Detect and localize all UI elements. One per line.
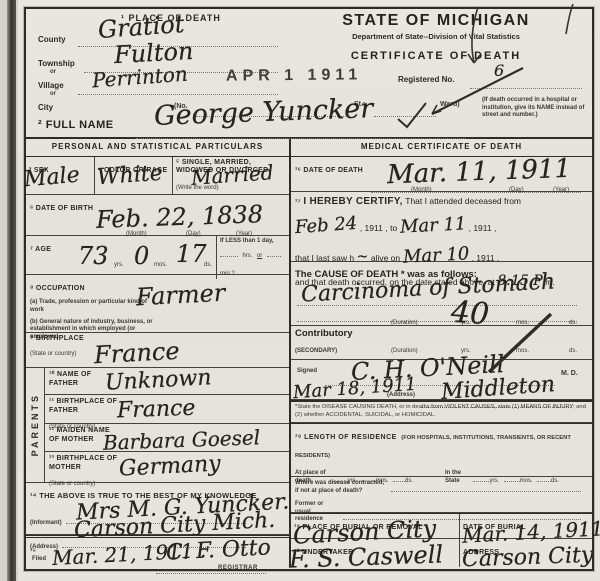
full-name-label: ² FULL NAME [38,119,114,131]
saw-pre-text: that I last saw h [295,253,354,263]
contributory-note: (SECONDARY) [295,348,337,354]
contracted-former-row: Where was disease contracted, if not at … [291,477,592,513]
attestation-row: ¹⁴ THE ABOVE IS TRUE TO THE BEST OF MY K… [26,483,289,535]
occupation-label: ⁸ OCCUPATION [30,285,85,292]
burial-place-cell: ¹⁹ PLACE OF BURIAL OR REMOVAL Carson Cit… [291,514,459,538]
parents-rows: ¹⁰ NAME OF FATHER Unknown ¹¹ BIRTHPLACE … [45,368,289,482]
village-label: Village [38,81,64,90]
age-less-note: If LESS than 1 day, [220,238,281,244]
mother-maiden-value: Barbara Goesel [103,425,261,454]
sex-race-marital-row: ³ SEX Male ⁴ COLOR OR RACE White ⁵ SINGL… [26,157,289,195]
age-yrs-unit: yrs. [114,262,124,268]
st-blank [374,107,436,117]
contributory-label: Contributory [295,328,588,339]
certificate-title: CERTIFICATE OF DEATH [286,50,586,62]
md-label: M. D. [561,370,578,377]
occupation-value: Farmer [135,279,226,312]
medical-certificate-column: MEDICAL CERTIFICATE OF DEATH ¹⁶ DATE OF … [291,139,592,567]
received-date-stamp: APR 1 1911 [226,66,362,85]
scan-edge-strip [7,0,16,581]
contracted-label: Where was disease contracted, if not at … [295,480,387,496]
parents-label-text: PARENTS [30,393,40,456]
sex-value: Male [23,162,81,192]
age-months-value: 0 [134,242,149,270]
undertaker-cell: ²⁰ UNDERTAKER F. S. Caswell [291,539,459,567]
hospital-note: (If death occurred in a hospital or inst… [482,97,586,120]
dod-label: ¹⁶ DATE OF DEATH [295,167,363,174]
burial-row: ¹⁹ PLACE OF BURIAL OR REMOVAL Carson Cit… [291,513,592,539]
marital-cell: ⁵ SINGLE, MARRIED, WIDOWED OR DIVORCED (… [172,157,289,194]
sex-cell: ³ SEX Male [26,157,94,194]
father-name-row: ¹⁰ NAME OF FATHER Unknown [45,368,289,395]
burial-date-cell: DATE OF BURIAL Mar. 14, 1911 [459,514,592,538]
birthplace-row: ⁹ BIRTHPLACE (State or country) France [26,333,289,368]
scanned-death-certificate: ¹ PLACE OF DEATH County Gratiot Township… [0,0,600,581]
filed-num: ¹⁵ [30,548,36,555]
registered-no-value: 6 [494,61,504,80]
undertaker-value: F. S. Caswell [289,541,444,574]
certify-year2: , 1911 , [469,223,497,233]
father-name-label: ¹⁰ NAME OF FATHER [49,370,109,388]
informant-label: (Informant) [30,520,62,526]
dod-value: Mar. 11, 1911 [387,154,572,190]
undertaker-address-cell: ADDRESS Carson City [459,539,592,567]
age-hrs-label: hrs. [242,253,252,259]
parents-section: PARENTS ¹⁰ NAME OF FATHER Unknown ¹¹ BIR… [26,368,289,483]
residence-label: ¹⁸ LENGTH OF RESIDENCE [295,434,397,441]
race-cell: ⁴ COLOR OR RACE White [94,157,172,194]
cause-of-death-row: The CAUSE OF DEATH * was as follows: Car… [291,262,592,325]
certificate-form: ¹ PLACE OF DEATH County Gratiot Township… [24,7,594,571]
registrar-signature: C. F. Otto [165,535,271,565]
township-label: Township [38,59,75,68]
certify-row: ¹⁷ I HEREBY CERTIFY, That I attended dec… [291,192,592,262]
signature-date: Mar 18, 1911 [292,373,417,403]
age-row: ⁷ AGE 73 yrs. 0 mos. 17 ds. If LESS than… [26,236,289,275]
signature-row: Signed C. H. O'Neill M. D. Mar 18, 1911 … [291,360,592,401]
alive-on-text: alive on [371,253,400,263]
mother-maiden-row: ¹² MAIDEN NAME OF MOTHER Barbara Goesel [45,424,289,452]
attended-to-value: Mar 11 [399,209,467,242]
registrar-label: REGISTRAR [218,565,258,571]
registered-no-label: Registered No. [398,75,454,84]
mother-birthplace-value: Germany [118,451,221,481]
signature-address-label: (Address) [387,392,415,398]
form-header: ¹ PLACE OF DEATH County Gratiot Township… [26,9,592,139]
age-label: ⁷ AGE [30,246,51,253]
state-title: STATE OF MICHIGAN [286,12,586,30]
undertaker-address-value: Carson City [462,543,594,573]
filed-row: ¹⁵ Filed Mar. 21, 1911 . C. F. Otto REGI… [26,535,289,567]
footnote-text: *State the DISEASE CAUSING DEATH, or in … [295,404,588,420]
certify-year3: , 1911 , [472,253,500,263]
left-section-title: PERSONAL AND STATISTICAL PARTICULARS [26,139,289,157]
race-value: White [96,160,163,190]
township-or: or [50,69,56,75]
signed-label: Signed [297,368,317,374]
birthplace-note: (State or country) [30,351,76,357]
father-birthplace-label: ¹¹ BIRTHPLACE OF FATHER [49,397,119,415]
length-of-residence-row: ¹⁸ LENGTH OF RESIDENCE (FOR HOSPITALS, I… [291,423,592,477]
father-name-value: Unknown [104,365,212,396]
cause-blank-2 [297,312,577,322]
certify-rest-text: That I attended deceased from [405,196,521,206]
age-ds-unit: ds. [204,262,212,268]
age-days-value: 17 [176,240,207,268]
mother-birthplace-label: ¹³ BIRTHPLACE OF MOTHER [49,454,119,472]
personal-statistical-column: PERSONAL AND STATISTICAL PARTICULARS ³ S… [26,139,291,567]
certify-bold-text: I HEREBY CERTIFY, [303,196,402,207]
contrib-mos-unit: mos. [516,348,529,354]
contrib-duration-label: (Duration) [391,348,418,354]
certify-to-word: to [390,223,397,233]
mother-birthplace-row: ¹³ BIRTHPLACE OF MOTHER (State or countr… [45,452,289,482]
father-birthplace-value: France [117,396,196,424]
occupation-a-label: (a) Trade, profession or particular kind… [30,299,150,315]
parents-vertical-label: PARENTS [26,368,45,482]
ward-label: Ward) [440,101,460,108]
dept-line: Department of State--Division of Vital S… [286,32,586,41]
occupation-row: ⁸ OCCUPATION (a) Trade, profession or pa… [26,275,289,333]
age-less-than-box: If LESS than 1 day, hrs. or min.? [216,236,284,279]
county-label: County [38,35,66,44]
dob-label: ⁶ DATE OF BIRTH [30,205,93,212]
attended-from-value: Feb 24 [294,209,358,243]
contrib-ds-unit: ds. [569,348,577,354]
age-or-label: or [257,253,262,259]
dob-value: Feb. 22, 1838 [96,200,264,234]
village-or: or [50,91,56,97]
age-mos-unit: mos. [154,262,167,268]
birthplace-value: France [93,337,180,369]
footnote-row: *State the DISEASE CAUSING DEATH, or in … [291,400,592,423]
undertaker-row: ²⁰ UNDERTAKER F. S. Caswell ADDRESS Cars… [291,539,592,567]
filed-label: Filed [32,556,46,562]
registered-no-blank [470,79,582,89]
date-of-birth-row: ⁶ DATE OF BIRTH Feb. 22, 1838 (Month) (D… [26,195,289,236]
age-years-value: 73 [78,242,109,270]
certify-year1: , 1911 , [360,223,388,233]
city-label: City [38,103,53,112]
full-name-value: George Yuncker [154,93,374,132]
father-birthplace-row: ¹¹ BIRTHPLACE OF FATHER (State or countr… [45,395,289,424]
certify-num: ¹⁷ [295,199,301,206]
date-of-death-row: ¹⁶ DATE OF DEATH Mar. 11, 1911 (Month) (… [291,157,592,192]
marital-value: Married [190,160,274,190]
form-columns: PERSONAL AND STATISTICAL PARTICULARS ³ S… [26,139,592,567]
